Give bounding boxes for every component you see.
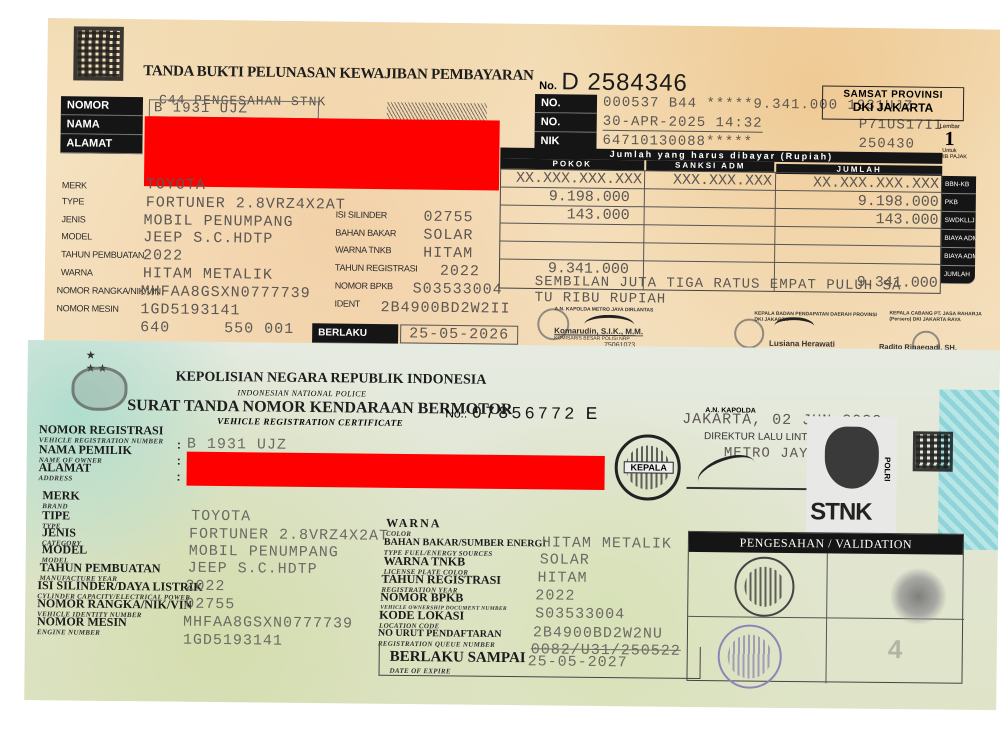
tax-payment-receipt: TANDA BUKTI PELUNASAN KEWAJIBAN PEMBAYAR… — [44, 18, 1000, 370]
validation-cell-number: 4 — [888, 634, 903, 665]
label-warna: WARNA — [61, 267, 93, 277]
value-extra-b: 550 001 — [224, 320, 294, 338]
issuer-line-1: A.N. KAPOLDA — [705, 407, 756, 415]
validation-stamp-2-icon — [890, 566, 947, 627]
kepala-stamp-icon: KEPALA — [614, 434, 681, 501]
label-no-kohir: NO. KOHIR — [535, 113, 597, 133]
label-isi-silinder: ISI SILINDER — [336, 210, 388, 221]
value-berlaku-sampai: 25-05-2026 — [400, 324, 518, 344]
label-tahun-pembuatan: TAHUN PEMBUATAN — [61, 249, 144, 260]
value-merk: TOYOTA — [146, 176, 206, 194]
value-type: FORTUNER 2.8VRZ4X2AT — [146, 194, 346, 213]
signature-police — [584, 315, 634, 336]
tag-adm-stnk: BIAYA ADM STNK — [941, 230, 975, 248]
police-emblem-icon — [71, 366, 127, 411]
qr-code — [73, 26, 124, 81]
value-tahun-registrasi-stnk: 2022 — [535, 587, 575, 604]
label-bahan-bakar: BAHAN BAKAR — [335, 228, 396, 239]
mask-pokok: XX.XXX.XXX.XXX — [502, 170, 642, 189]
value-isi-silinder-stnk: 02755 — [185, 596, 235, 614]
qr-code-stnk — [913, 431, 953, 471]
label-warna-tnkb: WARNA TNKB — [335, 245, 391, 256]
value-nomor-mesin-stnk: 1GD5193141 — [183, 632, 283, 650]
value-nik: 64710130088***** — [602, 133, 753, 151]
label-alamat-stnk: ALAMATADDRESS — [38, 462, 91, 485]
value-nomor-bpkb: S03533004 — [413, 280, 503, 298]
label-model: MODEL — [61, 231, 92, 241]
value-nomor-mesin: 1GD5193141 — [140, 301, 240, 319]
value-tahun-registrasi: 2022 — [440, 263, 480, 280]
label-nomor-bpkb: NOMOR BPKB — [335, 281, 393, 292]
stnk-title-en: VEHICLE REGISTRATION CERTIFICATE — [217, 416, 403, 428]
org-title-en: INDONESIAN NATIONAL POLICE — [237, 388, 366, 398]
validation-box: PENGESAHAN / VALIDATION 4 — [686, 531, 964, 684]
jumlah-pkb: 143.000 — [777, 210, 939, 229]
director-name-line — [686, 487, 806, 498]
label-tahun-registrasi: TAHUN REGISTRASI — [335, 263, 418, 274]
value-bahan-bakar: SOLAR — [423, 227, 473, 245]
samsat-box: SAMSAT PROVINSI DKI JAKARTA — [822, 85, 964, 121]
value-no-kohir: 30-APR-2025 14:32 — [603, 114, 763, 133]
redacted-owner-address-stnk — [186, 452, 604, 490]
value-bahan-bakar-stnk: SOLAR — [540, 551, 590, 569]
validation-stamp-1-icon — [734, 556, 795, 617]
label-type: TYPE — [62, 196, 84, 206]
value-jenis-stnk: MOBIL PENUMPANG — [189, 543, 339, 562]
receipt-title: TANDA BUKTI PELUNASAN KEWAJIBAN PEMBAYAR… — [143, 63, 533, 85]
value-merk-stnk: TOYOTA — [191, 508, 251, 526]
jumlah-bbnkb: 9.198.000 — [777, 192, 939, 211]
tag-pkb: PKB — [942, 194, 976, 212]
label-ident: IDENT — [334, 299, 360, 309]
value-nik-extra: 250430 — [858, 136, 915, 153]
label-nomor-mesin: NOMOR MESIN — [56, 303, 118, 314]
value-isi-silinder: 02755 — [423, 209, 473, 227]
label-berlaku-sampai-stnk: BERLAKU SAMPAIDATE OF EXPIRE — [389, 650, 525, 679]
tag-swdkllj: SWDKLLJ — [941, 212, 975, 230]
value-warna: HITAM METALIK — [143, 265, 273, 284]
stnk-badge: STNK POLRI — [806, 416, 897, 533]
value-kode-lokasi-stnk: 2B4900BD2W2NU — [533, 624, 663, 642]
value-nomor-rangka: MHFAA8GSXN0777739 — [141, 283, 311, 302]
value-tipe-stnk: FORTUNER 2.8VRZ4X2AT — [189, 526, 389, 545]
police-shield-icon — [824, 426, 879, 489]
expiry-box: BERLAKU SAMPAIDATE OF EXPIRE 25-05-2027 — [379, 644, 701, 679]
signature-bapenda — [774, 317, 814, 335]
validation-stamp-3-icon — [717, 624, 782, 689]
label-jenis: JENIS — [61, 214, 85, 224]
label-berlaku-sampai: BERLAKU SAMPAI — [312, 323, 398, 344]
issuer-line-2: DIREKTUR LALU LINTAS — [704, 431, 820, 443]
tag-adm-tnkb: BIAYA ADM TNKB — [941, 248, 975, 266]
value-model: JEEP S.C.HDTP — [143, 229, 273, 248]
validation-title: PENGESAHAN / VALIDATION — [689, 532, 963, 555]
label-nomor-mesin-stnk: NOMOR MESINENGINE NUMBER — [37, 616, 127, 639]
value-ident: 2B4900BD2W2II — [380, 299, 510, 318]
stnk-number: No.: 07856772 E — [445, 402, 597, 425]
value-tahun-pembuatan: 2022 — [143, 247, 183, 264]
value-jenis: MOBIL PENUMPANG — [143, 212, 293, 231]
label-nomor-polisi: NOMOR POLISI — [61, 96, 143, 116]
mask-jumlah: XX.XXX.XXX.XXX — [777, 174, 939, 193]
amount-in-words-2: TU RIBU RUPIAH — [535, 290, 667, 308]
value-berlaku-sampai-stnk: 25-05-2027 — [528, 653, 628, 671]
stnk-certificate: ★★★ KEPOLISIAN NEGARA REPUBLIK INDONESIA… — [24, 340, 1000, 710]
value-nomor-rangka-stnk: MHFAA8GSXN0777739 — [183, 614, 353, 633]
value-model-stnk: JEEP S.C.HDTP — [188, 560, 318, 578]
label-alamat: ALAMAT — [60, 134, 142, 154]
value-warna-tnkb-stnk: HITAM — [537, 569, 587, 587]
label-no-urut: NO. URUT — [535, 94, 597, 114]
value-nomor-bpkb-stnk: S03533004 — [535, 605, 625, 623]
value-warna-tnkb: HITAM — [423, 245, 473, 263]
label-nama-pemilik: NAMA PEMILIK — [61, 115, 143, 135]
org-title: KEPOLISIAN NEGARA REPUBLIK INDONESIA — [176, 370, 487, 389]
value-extra-a: 640 — [140, 319, 170, 336]
pokok-pkb: 143.000 — [502, 206, 630, 225]
value-tahun-pembuatan-stnk: 2022 — [185, 578, 225, 595]
pokok-bbnkb: 9.198.000 — [502, 188, 630, 207]
tag-jumlah: JUMLAH — [941, 266, 975, 284]
label-merk: MERK — [62, 180, 87, 190]
value-warna-stnk: HITAM METALIK — [542, 534, 672, 552]
mask-sanksi: XXX.XXX.XXX — [646, 171, 772, 190]
tag-bbnkb: BBN-KB — [942, 176, 976, 194]
